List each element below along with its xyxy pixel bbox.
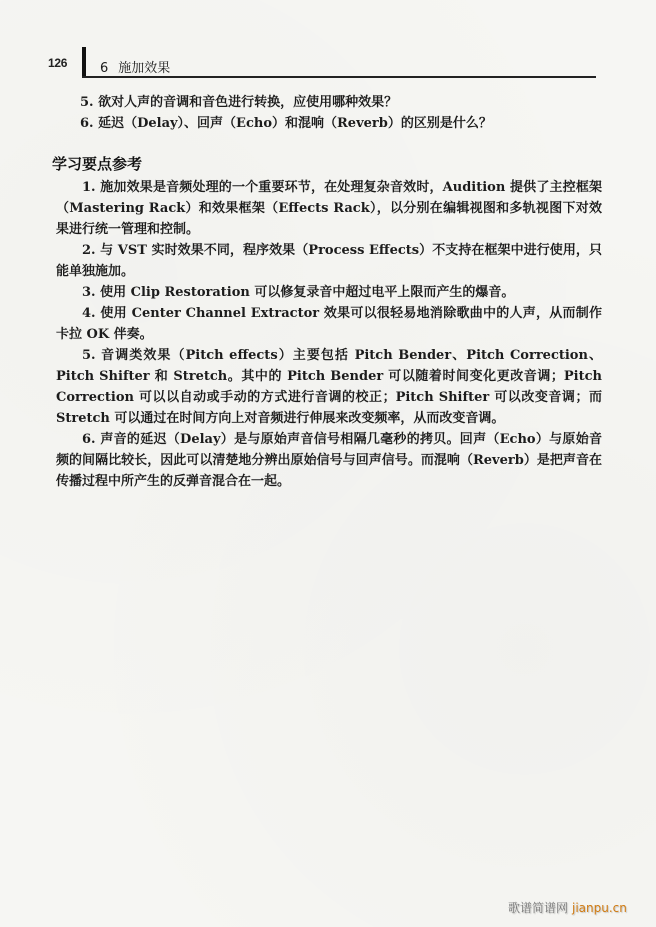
chapter-title: 6施加效果	[100, 57, 170, 76]
key-point-5: 5. 音调类效果（Pitch effects）主要包括 Pitch Bender…	[56, 345, 602, 429]
key-point-6: 6. 声音的延迟（Delay）是与原始声音信号相隔几毫秒的拷贝。回声（Echo）…	[56, 429, 602, 492]
key-points-body: 1. 施加效果是音频处理的一个重要环节，在处理复杂音效时，Audition 提供…	[56, 177, 602, 492]
book-page: 126 6施加效果 5. 欲对人声的音调和音色进行转换，应使用哪种效果？ 6. …	[0, 0, 656, 927]
header-rule	[82, 76, 596, 78]
watermark-site-name: 歌谱简谱网	[508, 901, 568, 915]
page-number: 126	[48, 56, 67, 70]
chapter-title-text: 施加效果	[118, 61, 170, 76]
key-point-2: 2. 与 VST 实时效果不同，程序效果（Process Effects）不支持…	[56, 240, 602, 282]
key-point-4: 4. 使用 Center Channel Extractor 效果可以很轻易地消…	[56, 303, 602, 345]
site-watermark: 歌谱简谱网jianpu.cn	[508, 899, 627, 916]
key-point-1: 1. 施加效果是音频处理的一个重要环节，在处理复杂音效时，Audition 提供…	[56, 177, 602, 240]
running-header: 126 6施加效果	[0, 0, 656, 80]
review-question-5: 5. 欲对人声的音调和音色进行转换，应使用哪种效果？	[80, 92, 397, 113]
key-point-3: 3. 使用 Clip Restoration 可以修复录音中超过电平上限而产生的…	[56, 282, 602, 303]
section-heading: 学习要点参考	[52, 153, 142, 174]
header-bar-decoration	[82, 47, 86, 78]
watermark-domain: jianpu.cn	[572, 901, 627, 915]
review-question-6: 6. 延迟（Delay）、回声（Echo）和混响（Reverb）的区别是什么？	[80, 113, 492, 134]
chapter-number: 6	[100, 61, 108, 76]
